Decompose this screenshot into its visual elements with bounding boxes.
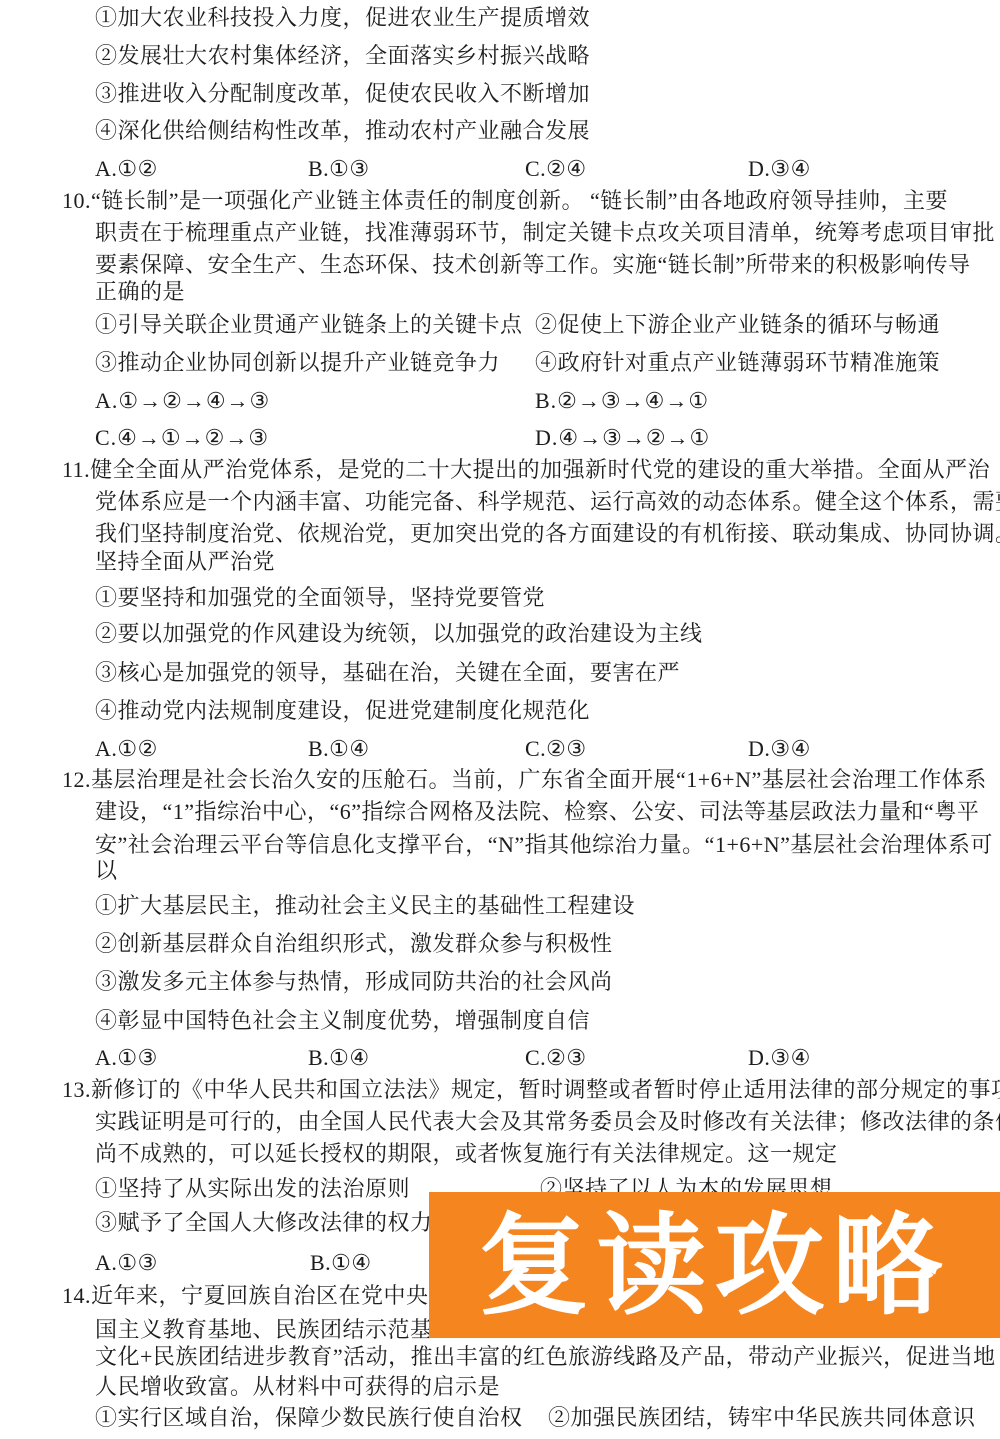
q10-stem-line-3: 要素保障、安全生产、生态环保、技术创新等工作。实施“链长制”所带来的积极影响传导: [95, 252, 971, 278]
q11-stem-line-1: 11.健全全面从严治党体系，是党的二十大提出的加强新时代党的建设的重大举措。全面…: [62, 457, 990, 483]
q14-stem-line-4: 人民增收致富。从材料中可获得的启示是: [95, 1374, 500, 1400]
q10-option-1: ①引导关联企业贯通产业链条上的关键卡点: [95, 312, 523, 338]
q10-stem-line-4: 正确的是: [95, 279, 185, 305]
q11-option-2: ②要以加强党的作风建设为统领，以加强党的政治建设为主线: [95, 621, 703, 647]
q11-option-3: ③核心是加强党的领导，基础在治，关键在全面，要害在严: [95, 660, 680, 686]
q12-answer-d: D.③④: [748, 1045, 811, 1071]
q10-option-2: ②促使上下游企业产业链条的循环与畅通: [535, 312, 940, 338]
q13-stem-line-2: 实践证明是可行的，由全国人民代表大会及其常务委员会及时修改有关法律；修改法律的条…: [95, 1109, 1000, 1135]
q13-answer-a: A.①③: [95, 1250, 158, 1276]
q14-stem-line-2: 国主义教育基地、民族团结示范基: [95, 1317, 433, 1343]
prev-option-2: ②发展壮大农村集体经济，全面落实乡村振兴战略: [95, 43, 590, 69]
q12-stem-line-3: 安”社会治理云平台等信息化支撑平台，“N”指其他综治力量。“1+6+N”基层社会…: [95, 832, 993, 858]
prev-answer-c: C.②④: [525, 156, 587, 182]
q11-answer-a: A.①②: [95, 736, 158, 762]
q11-option-1: ①要坚持和加强党的全面领导，坚持党要管党: [95, 585, 545, 611]
q14-stem-line-1: 14.近年来，宁夏回族自治区在党中央: [62, 1283, 429, 1309]
q10-stem-line-1: 10.“链长制”是一项强化产业链主体责任的制度创新。 “链长制”由各地政府领导挂…: [62, 188, 948, 214]
q11-answer-d: D.③④: [748, 736, 811, 762]
q13-stem-line-3: 尚不成熟的，可以延长授权的期限，或者恢复施行有关法律规定。这一规定: [95, 1141, 838, 1167]
prev-answer-a: A.①②: [95, 156, 158, 182]
exam-sheet-page: ①加大农业科技投入力度，促进农业生产提质增效 ②发展壮大农村集体经济，全面落实乡…: [0, 0, 1000, 1439]
q12-answer-c: C.②③: [525, 1045, 587, 1071]
q12-option-1: ①扩大基层民主，推动社会主义民主的基础性工程建设: [95, 893, 635, 919]
prev-answer-d: D.③④: [748, 156, 811, 182]
q13-option-3: ③赋予了全国人大修改法律的权力: [95, 1210, 433, 1236]
q10-answer-d: D.④→③→②→①: [535, 425, 710, 451]
q12-answer-b: B.①④: [308, 1045, 370, 1071]
prev-option-4: ④深化供给侧结构性改革，推动农村产业融合发展: [95, 118, 590, 144]
q14-option-1: ①实行区域自治，保障少数民族行使自治权: [95, 1405, 523, 1431]
q10-stem-line-2: 职责在于梳理重点产业链，找准薄弱环节，制定关键卡点攻关项目清单，统筹考虑项目审批: [95, 220, 995, 246]
q14-stem-line-3: 文化+民族团结进步教育”活动，推出丰富的红色旅游线路及产品，带动产业振兴，促进当…: [95, 1344, 996, 1370]
q11-stem-line-2: 党体系应是一个内涵丰富、功能完备、科学规范、运行高效的动态体系。健全这个体系，需…: [95, 489, 1000, 515]
prev-option-1: ①加大农业科技投入力度，促进农业生产提质增效: [95, 5, 590, 31]
q11-answer-c: C.②③: [525, 736, 587, 762]
watermark-banner: 复读攻略: [429, 1192, 1000, 1338]
q12-option-4: ④彰显中国特色社会主义制度优势，增强制度自信: [95, 1008, 590, 1034]
q11-stem-line-4: 坚持全面从严治党: [95, 549, 275, 575]
q12-option-3: ③激发多元主体参与热情，形成同防共治的社会风尚: [95, 969, 613, 995]
q10-option-3: ③推动企业协同创新以提升产业链竞争力: [95, 350, 500, 376]
q12-answer-a: A.①③: [95, 1045, 158, 1071]
q12-stem-line-4: 以: [95, 858, 118, 884]
q12-stem-line-1: 12.基层治理是社会长治久安的压舱石。当前，广东省全面开展“1+6+N”基层社会…: [62, 767, 987, 793]
prev-answer-b: B.①③: [308, 156, 370, 182]
q10-answer-b: B.②→③→④→①: [535, 388, 709, 414]
watermark-text: 复读攻略: [479, 1208, 951, 1322]
q11-answer-b: B.①④: [308, 736, 370, 762]
q13-answer-b: B.①④: [310, 1250, 372, 1276]
q10-answer-c: C.④→①→②→③: [95, 425, 269, 451]
q12-option-2: ②创新基层群众自治组织形式，激发群众参与积极性: [95, 931, 613, 957]
prev-option-3: ③推进收入分配制度改革，促使农民收入不断增加: [95, 81, 590, 107]
q11-option-4: ④推动党内法规制度建设，促进党建制度化规范化: [95, 698, 590, 724]
q12-stem-line-2: 建设，“1”指综治中心，“6”指综合网格及法院、检察、公安、司法等基层政法力量和…: [95, 799, 979, 825]
q13-stem-line-1: 13.新修订的《中华人民共和国立法法》规定，暂时调整或者暂时停止适用法律的部分规…: [62, 1077, 1000, 1103]
q13-option-1: ①坚持了从实际出发的法治原则: [95, 1176, 410, 1202]
q11-stem-line-3: 我们坚持制度治党、依规治党，更加突出党的各方面建设的有机衔接、联动集成、协同协调…: [95, 521, 1000, 547]
q14-option-2: ②加强民族团结，铸牢中华民族共同体意识: [548, 1405, 976, 1431]
q10-answer-a: A.①→②→④→③: [95, 388, 270, 414]
q10-option-4: ④政府针对重点产业链薄弱环节精准施策: [535, 350, 940, 376]
